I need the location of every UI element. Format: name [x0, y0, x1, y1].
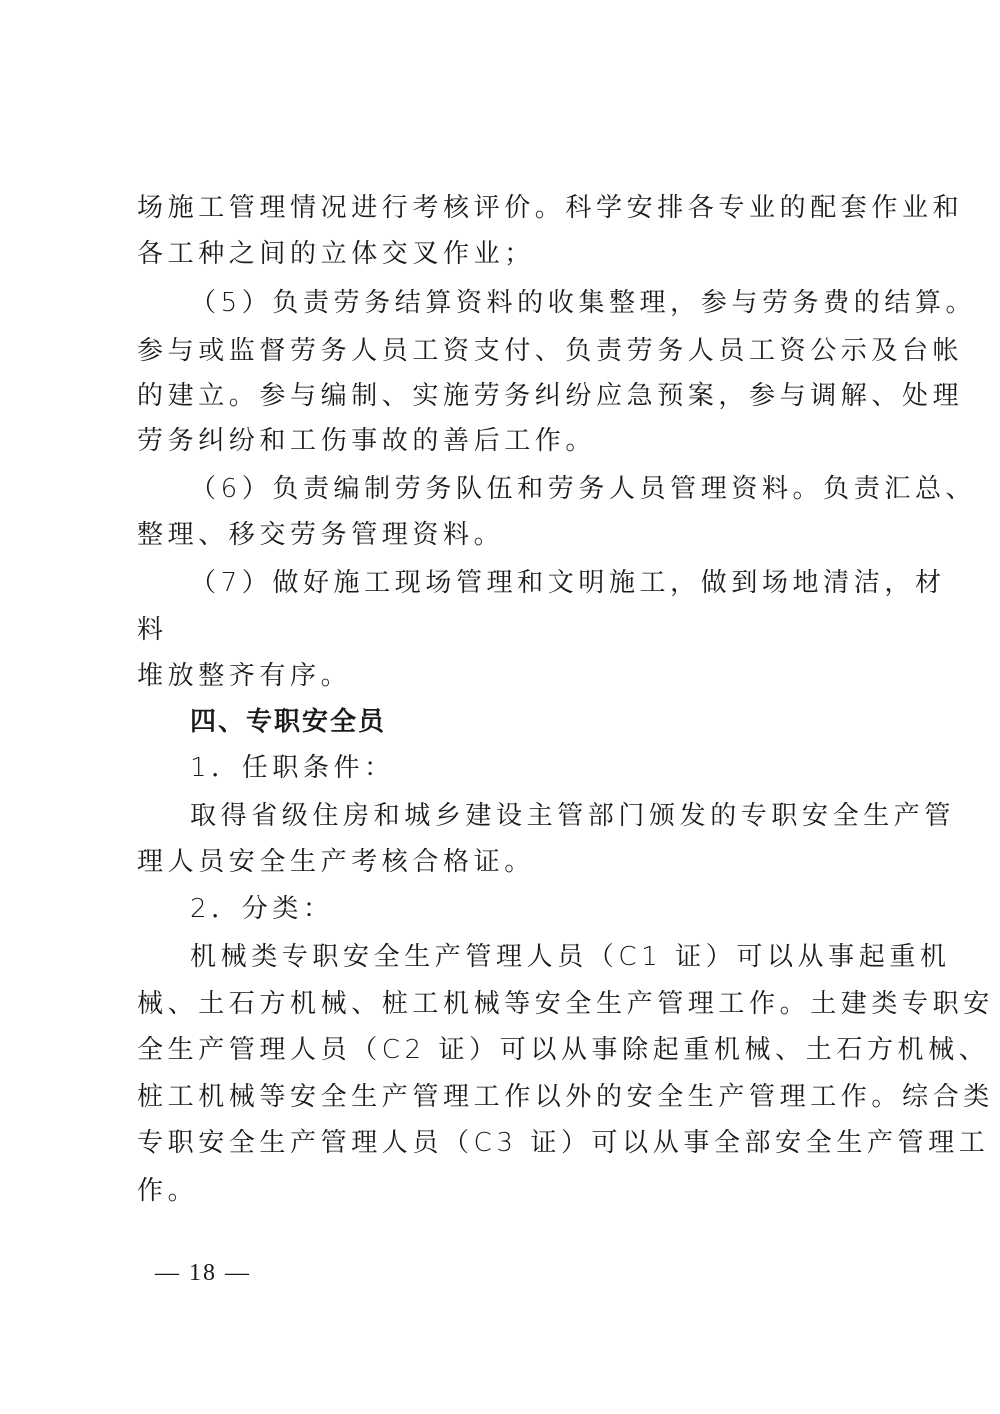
section-heading: 四、专职安全员: [190, 706, 916, 738]
text-line: 料: [137, 614, 863, 646]
subsection-heading: 2．分类：: [190, 893, 916, 925]
subsection-heading: 1．任职条件：: [190, 752, 916, 784]
document-page: 场施工管理情况进行考核评价。科学安排各专业的配套作业和 各工种之间的立体交叉作业…: [0, 0, 1000, 1414]
text-line: 理人员安全生产考核合格证。: [137, 846, 863, 878]
text-line: 堆放整齐有序。: [137, 660, 863, 692]
text-line: 全生产管理人员（C2 证）可以从事除起重机械、土石方机械、: [137, 1034, 863, 1066]
text-line: 取得省级住房和城乡建设主管部门颁发的专职安全生产管: [190, 800, 916, 832]
text-line: 整理、移交劳务管理资料。: [137, 519, 863, 551]
item-7-line: （7）做好施工现场管理和文明施工，做到场地清洁，材: [190, 567, 916, 599]
text-line: 各工种之间的立体交叉作业；: [137, 238, 863, 270]
item-6-line: （6）负责编制劳务队伍和劳务人员管理资料。负责汇总、: [190, 473, 916, 505]
item-5-line: （5）负责劳务结算资料的收集整理，参与劳务费的结算。: [190, 287, 916, 319]
text-line: 劳务纠纷和工伤事故的善后工作。: [137, 425, 863, 457]
page-number: — 18 —: [155, 1258, 251, 1288]
text-line: 参与或监督劳务人员工资支付、负责劳务人员工资公示及台帐: [137, 335, 863, 367]
text-line: 的建立。参与编制、实施劳务纠纷应急预案，参与调解、处理: [137, 380, 863, 412]
text-line: 机械类专职安全生产管理人员（C1 证）可以从事起重机: [190, 941, 916, 973]
text-line: 场施工管理情况进行考核评价。科学安排各专业的配套作业和: [137, 192, 863, 224]
text-line: 桩工机械等安全生产管理工作以外的安全生产管理工作。综合类: [137, 1081, 863, 1113]
text-line: 械、土石方机械、桩工机械等安全生产管理工作。土建类专职安: [137, 988, 863, 1020]
text-line: 作。: [137, 1175, 863, 1207]
text-line: 专职安全生产管理人员（C3 证）可以从事全部安全生产管理工: [137, 1127, 863, 1159]
